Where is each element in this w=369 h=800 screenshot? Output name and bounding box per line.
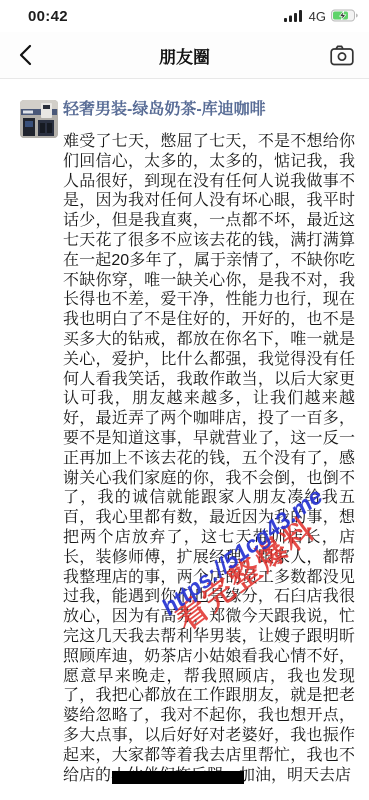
battery-charging-icon bbox=[331, 9, 359, 23]
avatar[interactable] bbox=[20, 100, 58, 138]
page-title: 朋友圈 bbox=[159, 43, 210, 68]
network-type-label: 4G bbox=[309, 9, 326, 24]
nav-bar: 朋友圈 bbox=[0, 32, 369, 79]
chevron-left-icon bbox=[19, 44, 32, 66]
camera-icon bbox=[330, 45, 354, 66]
clock: 00:42 bbox=[28, 8, 68, 25]
status-bar: 00:42 4G bbox=[0, 0, 369, 32]
back-button[interactable] bbox=[10, 40, 40, 70]
wechat-moments-screen: 00:42 4G bbox=[0, 0, 369, 800]
redaction-bar bbox=[112, 771, 244, 784]
camera-button[interactable] bbox=[325, 40, 359, 70]
post-author-name[interactable]: 轻奢男装-绿岛奶茶-库迪咖啡 bbox=[63, 100, 363, 120]
signal-icon bbox=[284, 9, 304, 23]
post-body-text: 难受了七天，憋屈了七天，不是不想给你们回信心，太多的，太多的，惦记我，我人品很好… bbox=[63, 132, 355, 785]
